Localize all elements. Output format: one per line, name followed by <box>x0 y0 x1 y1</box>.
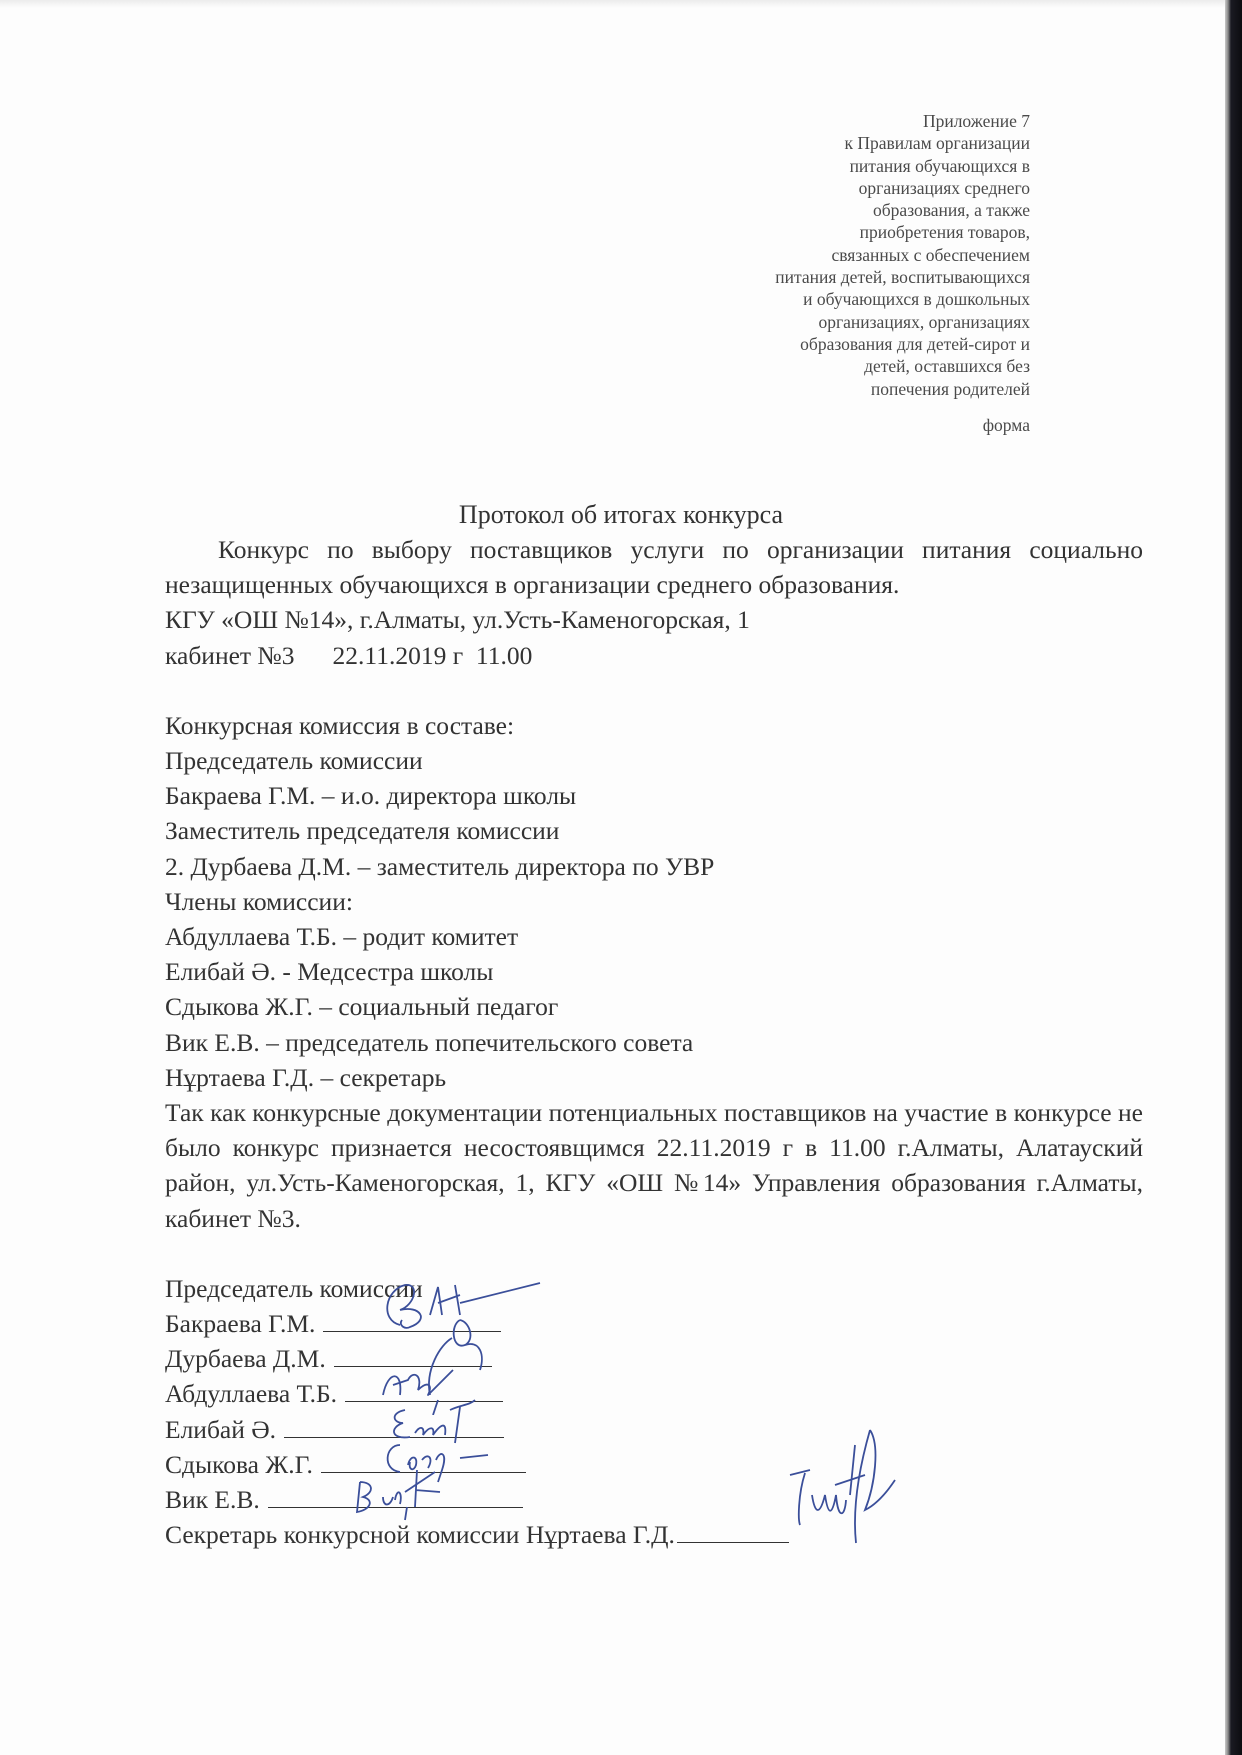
scan-edge-shadow <box>1225 0 1242 1755</box>
chair-member: Бакраева Г.М. – и.о. директора школы <box>165 778 1143 813</box>
commission-member: Елибай Ә. - Медсестра школы <box>165 954 1143 989</box>
signature-block: Председатель комиссии Бакраева Г.М. Дурб… <box>165 1271 1143 1553</box>
appendix-line: организациях, организациях <box>610 311 1030 333</box>
form-label: форма <box>610 414 1030 436</box>
commission-member: Сдыкова Ж.Г. – социальный педагог <box>165 989 1143 1024</box>
appendix-line: организациях среднего <box>610 177 1030 199</box>
decision-paragraph: Так как конкурсные документации потенциа… <box>165 1095 1143 1236</box>
secretary-name: Секретарь конкурсной комиссии Нұртаева Г… <box>165 1520 675 1549</box>
secretary-signature-row: Секретарь конкурсной комиссии Нұртаева Г… <box>165 1517 1143 1552</box>
signature-row: Сдыкова Ж.Г. <box>165 1447 1143 1482</box>
appendix-line: попечения родителей <box>610 378 1030 400</box>
signatory-name: Абдуллаева Т.Б. <box>165 1379 337 1408</box>
signature-row: Абдуллаева Т.Б. <box>165 1376 1143 1411</box>
signature-line <box>345 1377 503 1402</box>
deputy-member: 2. Дурбаева Д.М. – заместитель директора… <box>165 849 1143 884</box>
appendix-line: образования, а также <box>610 199 1030 221</box>
intro-paragraph: Конкурс по выбору поставщиков услуги по … <box>165 532 1143 602</box>
commission-member: Нұртаева Г.Д. – секретарь <box>165 1060 1143 1095</box>
appendix-line: приобретения товаров, <box>610 221 1030 243</box>
signature-line <box>284 1413 504 1438</box>
commission-member: Вик Е.В. – председатель попечительского … <box>165 1025 1143 1060</box>
signatory-name: Дурбаева Д.М. <box>165 1344 326 1373</box>
signature-line <box>334 1342 492 1367</box>
signatory-name: Сдыкова Ж.Г. <box>165 1450 313 1479</box>
meeting-time: 11.00 <box>476 641 532 670</box>
location-line: КГУ «ОШ №14», г.Алматы, ул.Усть-Каменого… <box>165 602 1143 637</box>
signatory-name: Бакраева Г.М. <box>165 1309 315 1338</box>
appendix-line: и обучающихся в дошкольных <box>610 288 1030 310</box>
signature-row: Дурбаева Д.М. <box>165 1341 1143 1376</box>
chair-label: Председатель комиссии <box>165 743 1143 778</box>
deputy-label: Заместитель председателя комиссии <box>165 813 1143 848</box>
signature-row: Бакраева Г.М. <box>165 1306 1143 1341</box>
members-label: Члены комиссии: <box>165 884 1143 919</box>
document-title: Протокол об итогах конкурса <box>0 500 1242 530</box>
meeting-date: 22.11.2019 г <box>333 641 464 670</box>
signature-row: Вик Е.В. <box>165 1482 1143 1517</box>
signatory-name: Вик Е.В. <box>165 1485 260 1514</box>
appendix-line: питания обучающихся в <box>610 155 1030 177</box>
appendix-line: питания детей, воспитывающихся <box>610 266 1030 288</box>
commission-heading: Конкурсная комиссия в составе: <box>165 708 1143 743</box>
appendix-line: детей, оставшихся без <box>610 355 1030 377</box>
signature-row: Елибай Ә. <box>165 1412 1143 1447</box>
appendix-line: к Правилам организации <box>610 132 1030 154</box>
signature-heading: Председатель комиссии <box>165 1271 1143 1306</box>
document-body: Конкурс по выбору поставщиков услуги по … <box>165 532 1143 1552</box>
appendix-line: связанных с обеспечением <box>610 244 1030 266</box>
signature-line <box>268 1483 523 1508</box>
appendix-line: Приложение 7 <box>610 110 1030 132</box>
appendix-header: Приложение 7 к Правилам организации пита… <box>610 110 1030 436</box>
commission-member: Абдуллаева Т.Б. – родит комитет <box>165 919 1143 954</box>
room-number: кабинет №3 <box>165 641 295 670</box>
signature-line <box>321 1448 526 1473</box>
signature-line <box>323 1307 501 1332</box>
scan-top-shadow <box>0 0 1225 8</box>
signatory-name: Елибай Ә. <box>165 1415 276 1444</box>
appendix-line: образования для детей-сирот и <box>610 333 1030 355</box>
room-date-line: кабинет №322.11.2019 г 11.00 <box>165 638 1143 673</box>
signature-line <box>677 1518 789 1543</box>
